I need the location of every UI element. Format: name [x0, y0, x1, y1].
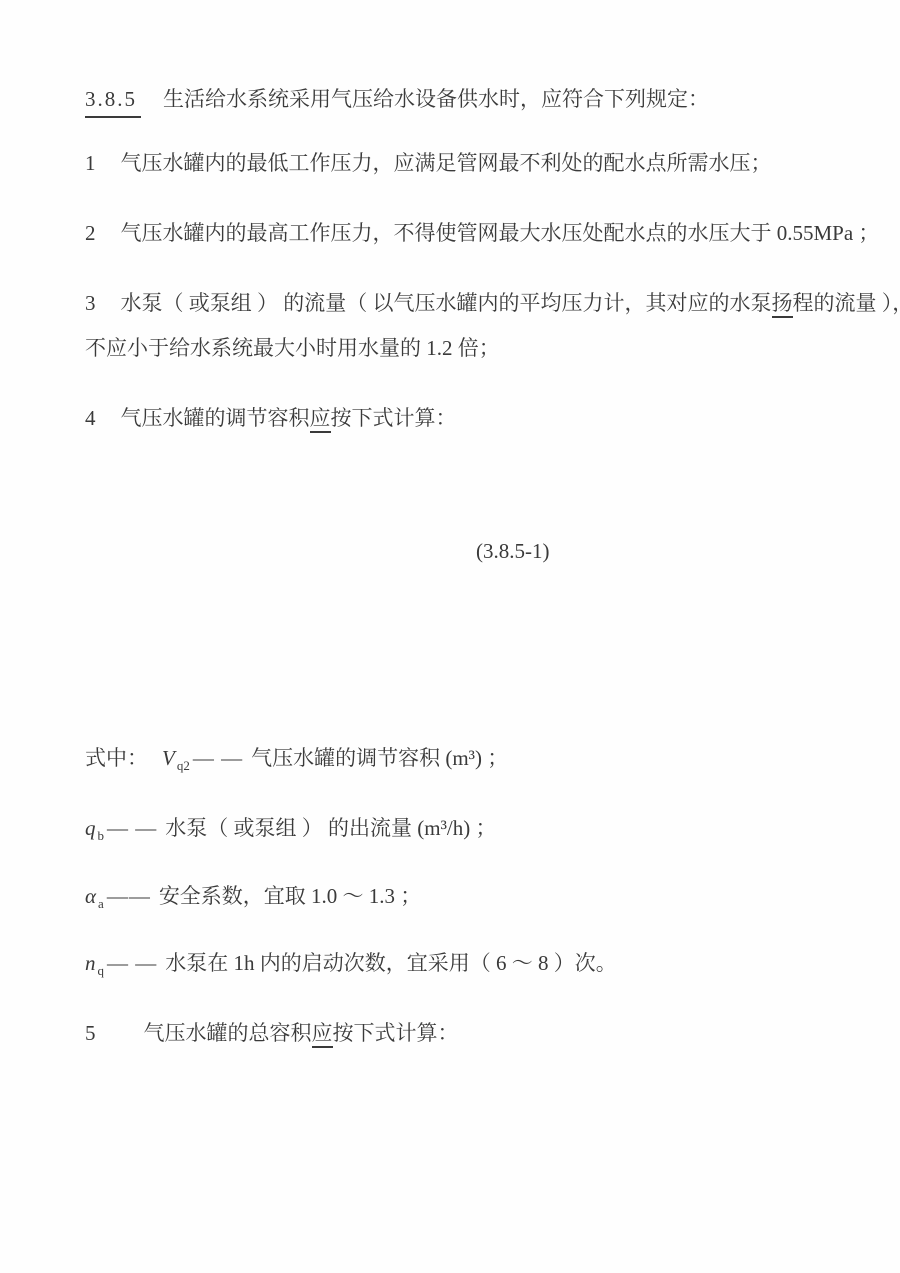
legend-dash: — —	[107, 813, 157, 843]
clause-number: 3	[85, 288, 96, 318]
document-page: 3.8.5生活给水系统采用气压给水设备供水时，应符合下列规定： 1气压水罐内的最…	[0, 0, 900, 1273]
symbol-alpha: α	[85, 881, 96, 911]
legend-entry-nq: nq— —水泵在 1h 内的启动次数，宜采用（ 6 ～ 8 ）次。	[85, 948, 617, 986]
section-heading: 3.8.5生活给水系统采用气压给水设备供水时，应符合下列规定：	[85, 84, 709, 118]
clause-number: 2	[85, 218, 96, 248]
legend-description: 安全系数，宜取 1.0 ～ 1.3 ；	[159, 884, 422, 908]
legend-entry-alpha-a: αa——安全系数，宜取 1.0 ～ 1.3 ；	[85, 881, 421, 919]
clause-text-pre: 水泵（ 或泵组 ） 的流量（ 以气压水罐内的平均压力计，其对应的水泵	[121, 291, 772, 315]
clause-number: 5	[85, 1018, 96, 1048]
legend-intro: 式中：	[85, 746, 148, 770]
symbol-alpha-subscript: a	[98, 896, 104, 911]
clause-text: 气压水罐内的最高工作压力，不得使管网最大水压处配水点的水压大于 0.55MPa …	[121, 221, 880, 245]
clause-text-pre: 气压水罐的总容积	[144, 1021, 312, 1045]
legend-dash: ——	[107, 881, 151, 911]
clause-text-post: 按下式计算：	[333, 1021, 459, 1045]
clause-item-3-line-2: 不应小于给水系统最大小时用水量的 1.2 倍；	[85, 333, 500, 363]
clause-item-1: 1气压水罐内的最低工作压力，应满足管网最不利处的配水点所需水压；	[85, 148, 772, 178]
clause-text-continued: 不应小于给水系统最大小时用水量的 1.2 倍；	[85, 336, 500, 360]
underlined-char: 应	[310, 406, 331, 433]
legend-dash: — —	[107, 948, 157, 978]
symbol-n: n	[85, 948, 96, 978]
clause-number: 4	[85, 403, 96, 433]
symbol-n-subscript: q	[98, 963, 105, 978]
symbol-v: V	[162, 743, 175, 773]
clause-text-post: 程的流量 ），	[793, 291, 900, 315]
symbol-v-subscript: q2	[177, 758, 190, 773]
formula-image-placeholder	[85, 450, 815, 530]
clause-item-4: 4气压水罐的调节容积应按下式计算：	[85, 403, 457, 433]
clause-text: 气压水罐内的最低工作压力，应满足管网最不利处的配水点所需水压；	[121, 151, 772, 175]
legend-description: 气压水罐的调节容积 (m³) ；	[251, 746, 508, 770]
legend-entry-qb: qb— —水泵（ 或泵组 ） 的出流量 (m³/h) ；	[85, 813, 496, 851]
clause-item-3: 3水泵（ 或泵组 ） 的流量（ 以气压水罐内的平均压力计，其对应的水泵扬程的流量…	[85, 288, 900, 318]
symbol-q-subscript: b	[98, 828, 105, 843]
legend-entry-vq2: 式中：Vq2— —气压水罐的调节容积 (m³) ；	[85, 743, 508, 781]
legend-description: 水泵在 1h 内的启动次数，宜采用（ 6 ～ 8 ）次。	[165, 951, 617, 975]
formula-number: (3.8.5-1)	[476, 536, 549, 566]
clause-item-2: 2气压水罐内的最高工作压力，不得使管网最大水压处配水点的水压大于 0.55MPa…	[85, 218, 879, 248]
legend-description: 水泵（ 或泵组 ） 的出流量 (m³/h) ；	[165, 816, 496, 840]
clause-number: 1	[85, 148, 96, 178]
clause-text-post: 按下式计算：	[331, 406, 457, 430]
clause-text-pre: 气压水罐的调节容积	[121, 406, 310, 430]
underlined-char: 扬	[772, 291, 793, 318]
section-title: 生活给水系统采用气压给水设备供水时，应符合下列规定：	[163, 87, 709, 111]
section-number: 3.8.5	[85, 84, 141, 118]
clause-item-5: 5气压水罐的总容积应按下式计算：	[85, 1018, 459, 1048]
symbol-q: q	[85, 813, 96, 843]
underlined-char: 应	[312, 1021, 333, 1048]
legend-dash: — —	[193, 743, 243, 773]
